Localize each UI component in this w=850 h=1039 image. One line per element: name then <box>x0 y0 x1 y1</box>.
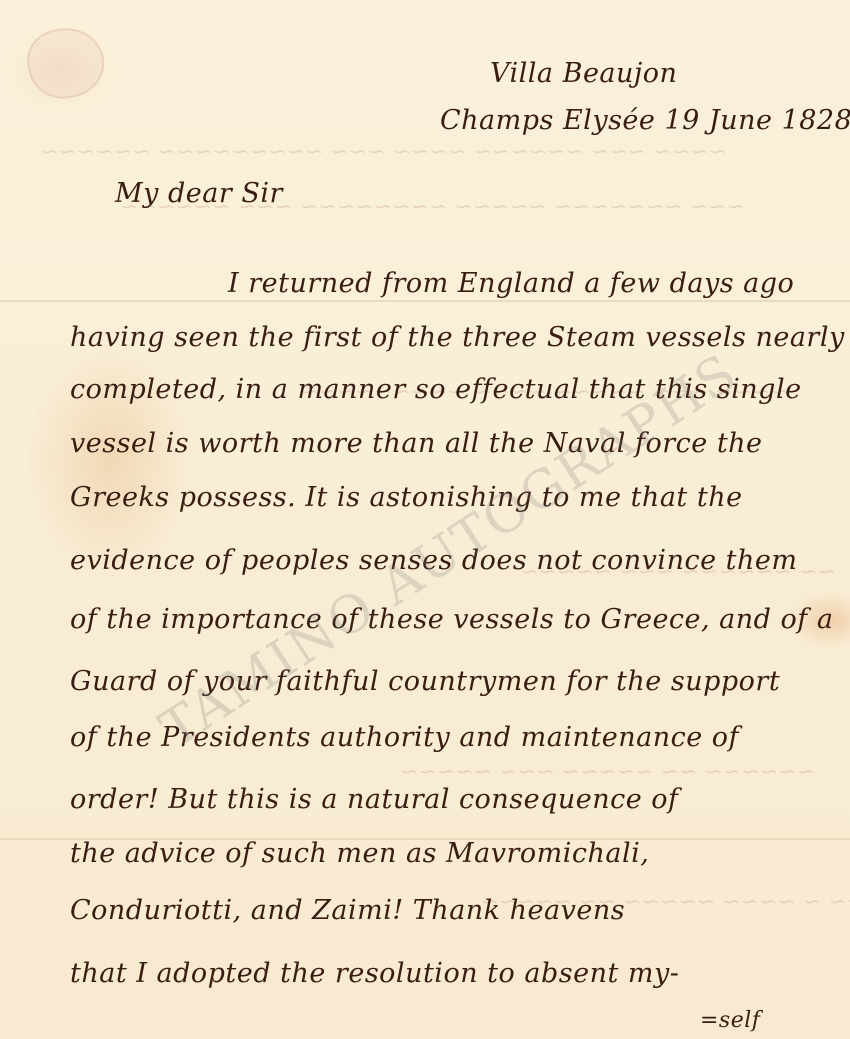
letter-body-line: order! But this is a natural consequence… <box>70 784 679 815</box>
bleed-through-text: ​~~~~ ~~~ ~~~~~~ ~~~~ ~~~ ~~~~~~~~~ ~~~~… <box>40 140 727 165</box>
letter-address-line-1: Villa Beaujon <box>490 58 677 89</box>
letter-body-line: the advice of such men as Mavromichali, <box>70 838 649 869</box>
letter-body-line: Greeks possess. It is astonishing to me … <box>70 482 743 513</box>
letter-body-line: Conduriotti, and Zaimi! Thank heavens <box>70 895 625 926</box>
bleed-through-text: ​~~~~~~ ~~ ~~~~~ ~~~ ~~~~~ <box>400 760 815 785</box>
letter-salutation: My dear Sir <box>115 178 283 209</box>
letter-page: ​~~~~ ~~~ ~~~~~~ ~~~~ ~~~ ~~~~~~~~~ ~~~~… <box>0 0 850 1039</box>
wax-seal-impression <box>22 21 111 105</box>
letter-body-line: that I adopted the resolution to absent … <box>70 958 679 989</box>
letter-dateline: Champs Elysée 19 June 1828 <box>440 105 850 136</box>
paper-fold-line <box>0 300 850 302</box>
letter-body-line: having seen the first of the three Steam… <box>70 322 845 353</box>
letter-body-line: I returned from England a few days ago <box>228 268 794 299</box>
letter-catchword: =self <box>700 1008 760 1033</box>
letter-body-line: of the importance of these vessels to Gr… <box>70 604 833 635</box>
